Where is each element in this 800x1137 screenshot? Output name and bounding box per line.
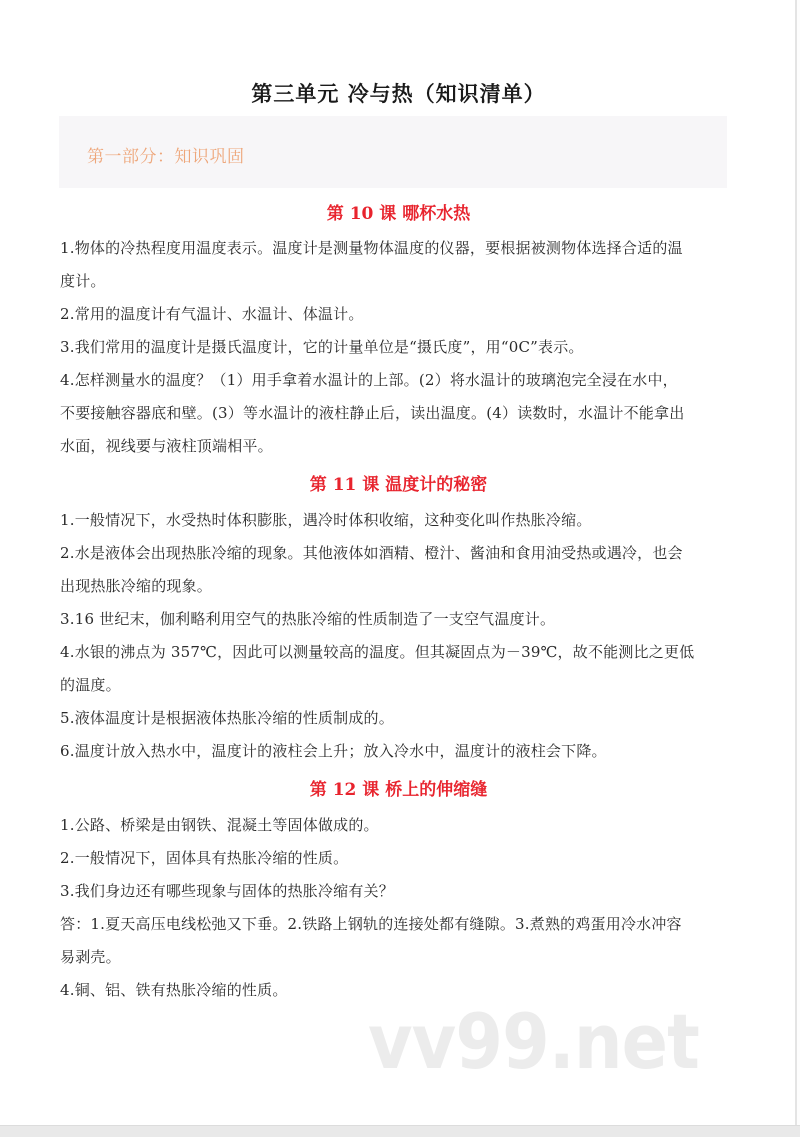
lesson-11-line: 2.水是液体会出现热胀冷缩的现象。其他液体如酒精、橙汁、酱油和食用油受热或遇冷，… [60,542,740,563]
lesson-11-line: 5.液体温度计是根据液体热胀冷缩的性质制成的。 [60,707,740,728]
document-page: 第三单元 冷与热（知识清单） 第一部分：知识巩固 第 10 课 哪杯水热 1.物… [0,0,797,1125]
page-bottom-edge [0,1125,800,1137]
lesson-10-line: 3.我们常用的温度计是摄氏温度计，它的计量单位是“摄氏度”，用“0C”表示。 [60,336,740,357]
watermark: vv99.net [368,997,699,1086]
lesson-12-line: 2.一般情况下，固体具有热胀冷缩的性质。 [60,847,740,868]
lesson-11-line: 3.16 世纪末，伽利略利用空气的热胀冷缩的性质制造了一支空气温度计。 [60,608,740,629]
section-header-box: 第一部分：知识巩固 [59,116,727,188]
lesson-10-line: 水面，视线要与液柱顶端相平。 [60,435,740,456]
document-title: 第三单元 冷与热（知识清单） [0,78,797,108]
lesson-12-line: 易剥壳。 [60,946,740,967]
lesson-12-line: 3.我们身边还有哪些现象与固体的热胀冷缩有关？ [60,880,740,901]
lesson-10-line: 1.物体的冷热程度用温度表示。温度计是测量物体温度的仪器，要根据被测物体选择合适… [60,237,740,258]
lesson-12-line: 答：1.夏天高压电线松弛又下垂。2.铁路上钢轨的连接处都有缝隙。3.煮熟的鸡蛋用… [60,913,740,934]
lesson-12-title: 第 12 课 桥上的伸缩缝 [0,775,797,800]
section-header-label: 第一部分：知识巩固 [87,142,245,167]
lesson-12-line: 1.公路、桥梁是由钢铁、混凝土等固体做成的。 [60,814,740,835]
lesson-11-line: 6.温度计放入热水中，温度计的液柱会上升；放入冷水中，温度计的液柱会下降。 [60,740,740,761]
lesson-10-line: 不要接触容器底和壁。(3）等水温计的液柱静止后，读出温度。(4）读数时，水温计不… [60,402,740,423]
lesson-10-line: 度计。 [60,270,740,291]
lesson-10-title: 第 10 课 哪杯水热 [0,199,797,224]
lesson-11-line: 1.一般情况下，水受热时体积膨胀，遇冷时体积收缩，这种变化叫作热胀冷缩。 [60,509,740,530]
lesson-11-title: 第 11 课 温度计的秘密 [0,470,797,495]
lesson-10-line: 2.常用的温度计有气温计、水温计、体温计。 [60,303,740,324]
lesson-11-line: 4.水银的沸点为 357℃，因此可以测量较高的温度。但其凝固点为－39℃，故不能… [60,641,740,662]
lesson-10-line: 4.怎样测量水的温度？（1）用手拿着水温计的上部。(2）将水温计的玻璃泡完全浸在… [60,369,740,390]
lesson-11-line: 的温度。 [60,674,740,695]
lesson-11-line: 出现热胀冷缩的现象。 [60,575,740,596]
